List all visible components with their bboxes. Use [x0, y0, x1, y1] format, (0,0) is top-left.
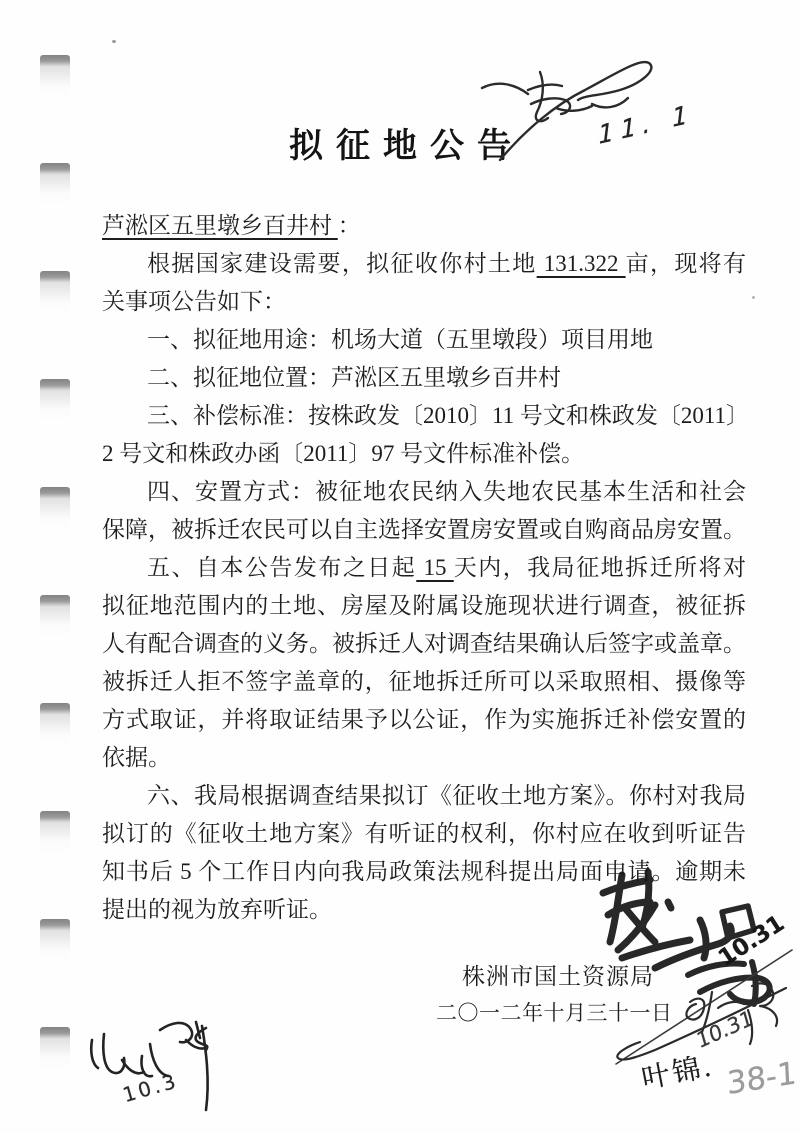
- handwritten-reviewer-name: 叶锦.: [638, 1044, 716, 1097]
- body-line: 根据国家建设需要，拟征收你村土地 131.322 亩，现将有: [102, 245, 746, 283]
- body-line: 一、拟征地用途：机场大道（五里墩段）项目用地: [102, 321, 746, 359]
- issue-date: 二〇一二年十月三十一日: [436, 997, 673, 1027]
- scan-speck: [112, 40, 116, 43]
- binding-mark: [40, 811, 70, 855]
- body-line: 拟征地范围内的土地、房屋及附属设施现状进行调查，被征拆: [102, 587, 746, 625]
- binding-mark: [40, 379, 70, 423]
- salutation-colon: ：: [338, 213, 361, 238]
- binding-mark: [40, 271, 70, 315]
- document-body: 芦淞区五里墩乡百井村 ： 根据国家建设需要，拟征收你村土地 131.322 亩，…: [102, 207, 746, 929]
- salutation-line: 芦淞区五里墩乡百井村 ：: [102, 207, 746, 245]
- body-line: 六、我局根据调查结果拟订《征收土地方案》。你村对我局: [102, 777, 746, 815]
- issuer-name: 株洲市国土资源局: [462, 958, 654, 991]
- body-line: 三、补偿标准：按株政发〔2010〕11 号文和株政发〔2011〕: [102, 397, 746, 435]
- scanned-document-page: 拟征地公告 芦淞区五里墩乡百井村 ： 根据国家建设需要，拟征收你村土地 131.…: [0, 0, 800, 1132]
- body-line: 提出的视为放弃听证。: [102, 891, 746, 929]
- binding-mark: [40, 487, 70, 531]
- body-line: 依据。: [102, 739, 746, 777]
- binding-mark: [40, 595, 70, 639]
- body-line: 人有配合调查的义务。被拆迁人对调查结果确认后签字或盖章。: [102, 625, 746, 663]
- binding-mark: [40, 703, 70, 747]
- body-line: 五、自本公告发布之日起 15 天内，我局征地拆迁所将对: [102, 549, 746, 587]
- body-line: 知书后 5 个工作日内向我局政策法规科提出局面申请。逾期未: [102, 853, 746, 891]
- binding-mark: [40, 1027, 70, 1071]
- salutation-text: 芦淞区五里墩乡百井村: [102, 213, 338, 238]
- body-line: 拟订的《征收土地方案》有听证的权利，你村应在收到听证告: [102, 815, 746, 853]
- body-line: 2 号文和株政办函〔2011〕97 号文件标准补偿。: [102, 435, 746, 473]
- body-line: 四、安置方式：被征地农民纳入失地农民基本生活和社会: [102, 473, 746, 511]
- binding-mark: [40, 919, 70, 963]
- body-line: 二、拟征地位置：芦淞区五里墩乡百井村: [102, 359, 746, 397]
- handwritten-date-bottom-left: 10.3: [120, 1068, 181, 1107]
- binding-mark: [40, 163, 70, 207]
- body-line: 方式取证，并将取证结果予以公证，作为实施拆迁补偿安置的: [102, 701, 746, 739]
- binding-mark: [40, 55, 70, 99]
- scan-speck: [752, 296, 755, 299]
- body-line: 关事项公告如下：: [102, 283, 746, 321]
- handwritten-page-number: 38-1: [726, 1055, 797, 1102]
- body-line: 被拆迁人拒不签字盖章的，征地拆迁所可以采取照相、摄像等: [102, 663, 746, 701]
- body-line: 保障，被拆迁农民可以自主选择安置房安置或自购商品房安置。: [102, 511, 746, 549]
